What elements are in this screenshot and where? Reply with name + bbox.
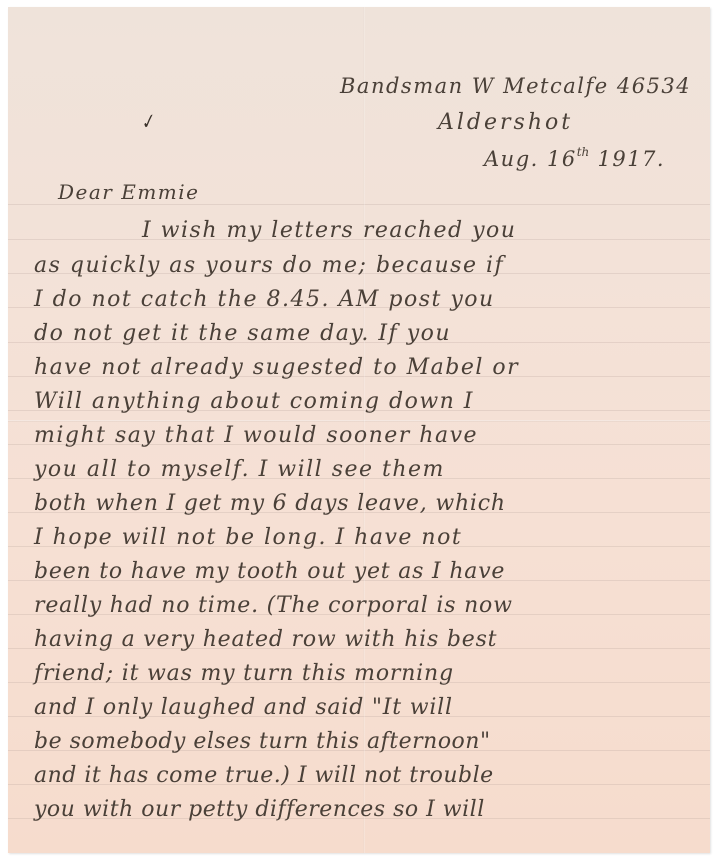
body-line: you with our petty differences so I will [34,799,485,821]
body-line: have not already sugested to Mabel or [34,357,519,379]
body-line: do not get it the same day. If you [34,323,451,345]
body-line: and it has come true.) I will not troubl… [34,765,494,787]
body-line: friend; it was my turn this morning [34,663,454,685]
date-line: Aug. 16th 1917. [484,146,665,170]
body-line: really had no time. (The corporal is now [34,595,513,617]
body-line: you all to myself. I will see them [34,459,445,481]
body-line: might say that I would sooner have [34,425,478,447]
ruled-line [8,204,710,205]
sender-line: Bandsman W Metcalfe 46534 [340,76,691,97]
date-day: Aug. 16 [484,147,577,171]
date-year: 1917. [597,147,665,171]
body-line: Will anything about coming down I [34,391,474,413]
place-line: Aldershot [438,112,573,134]
body-line: be somebody elses turn this afternoon" [34,731,491,753]
body-line: both when I get my 6 days leave, which [34,493,506,515]
body-line: as quickly as yours do me; because if [34,255,504,277]
body-line: having a very heated row with his best [34,629,497,651]
paper-fold [8,420,710,422]
body-line: I do not catch the 8.45. AM post you [34,289,495,311]
date-ordinal: th [577,145,590,159]
body-line: and I only laughed and said "It will [34,697,453,719]
salutation: Dear Emmie [58,182,199,202]
body-line: been to have my tooth out yet as I have [34,561,505,583]
body-line: I hope will not be long. I have not [34,527,462,549]
body-line: I wish my letters reached you [142,220,516,242]
